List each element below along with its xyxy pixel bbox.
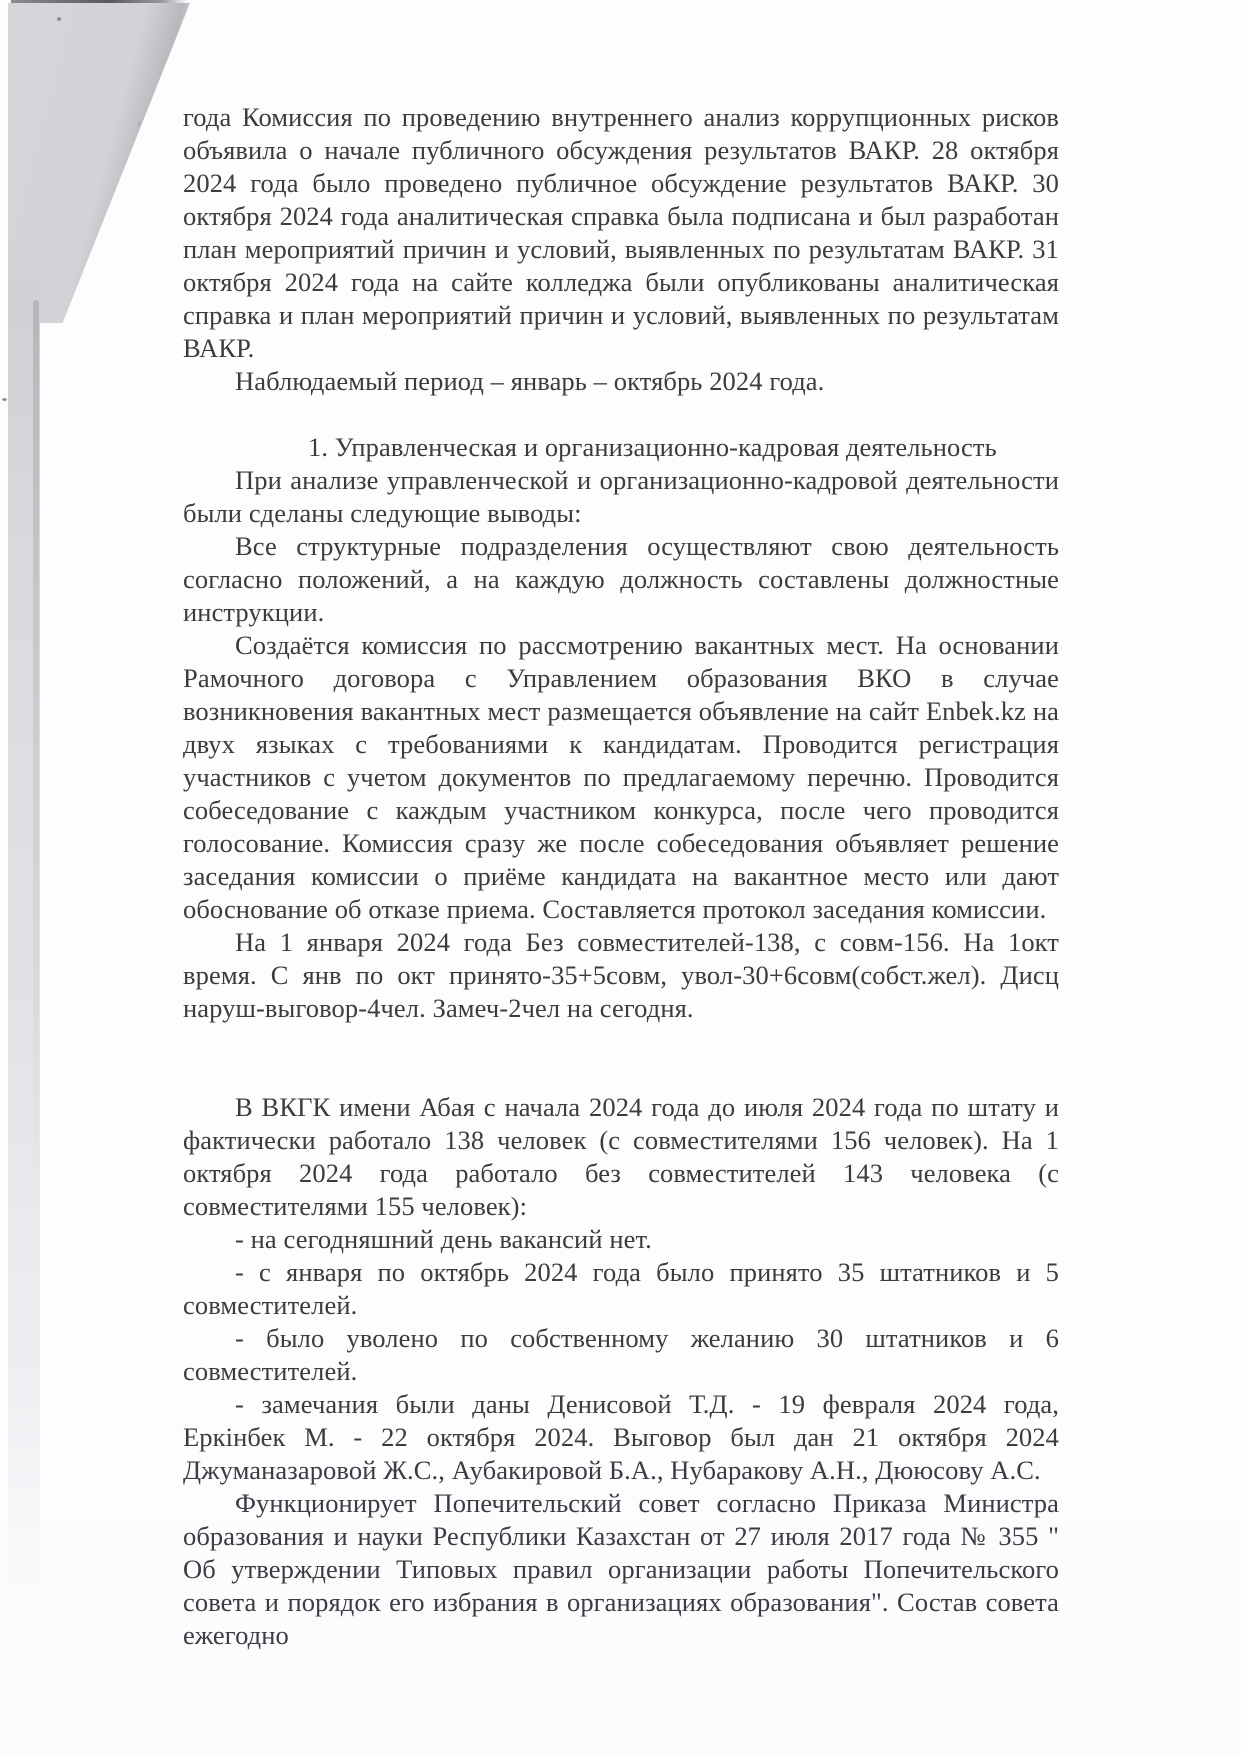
list-item-dismissed: - было уволено по собственному желанию 3… <box>183 1322 1059 1388</box>
paragraph-vakr-results: года Комиссия по проведению внутреннего … <box>183 101 1059 365</box>
paragraph-structural-units: Все структурные подразделения осуществля… <box>183 530 1059 629</box>
paragraph-board-of-trustees: Функционирует Попечительский совет согла… <box>183 1487 1059 1652</box>
list-item-reprimands: - замечания были даны Денисовой Т.Д. - 1… <box>183 1388 1059 1487</box>
paragraph-vacancy-commission: Создаётся комиссия по рассмотрению вакан… <box>183 629 1059 926</box>
section-heading-management: 1. Управленческая и организационно-кадро… <box>183 431 1059 464</box>
document-text-block: года Комиссия по проведению внутреннего … <box>183 101 1059 1652</box>
list-item-hired: - с января по октябрь 2024 года было при… <box>183 1256 1059 1322</box>
scan-left-edge-line <box>33 300 39 1200</box>
scan-speck <box>57 17 61 21</box>
list-item-no-vacancies: - на сегодняшний день вакансий нет. <box>183 1223 1059 1256</box>
paragraph-analysis-conclusions: При анализе управленческой и организацио… <box>183 464 1059 530</box>
paragraph-college-staff: В ВКГК имени Абая с начала 2024 года до … <box>183 1091 1059 1223</box>
paragraph-staff-numbers-short: На 1 января 2024 года Без совместителей-… <box>183 926 1059 1025</box>
scan-speck <box>2 398 7 401</box>
scan-corner-shadow <box>8 3 190 323</box>
scanned-document-page: года Комиссия по проведению внутреннего … <box>0 0 1241 1754</box>
scan-speck <box>138 122 141 125</box>
paragraph-observed-period: Наблюдаемый период – январь – октябрь 20… <box>183 365 1059 398</box>
